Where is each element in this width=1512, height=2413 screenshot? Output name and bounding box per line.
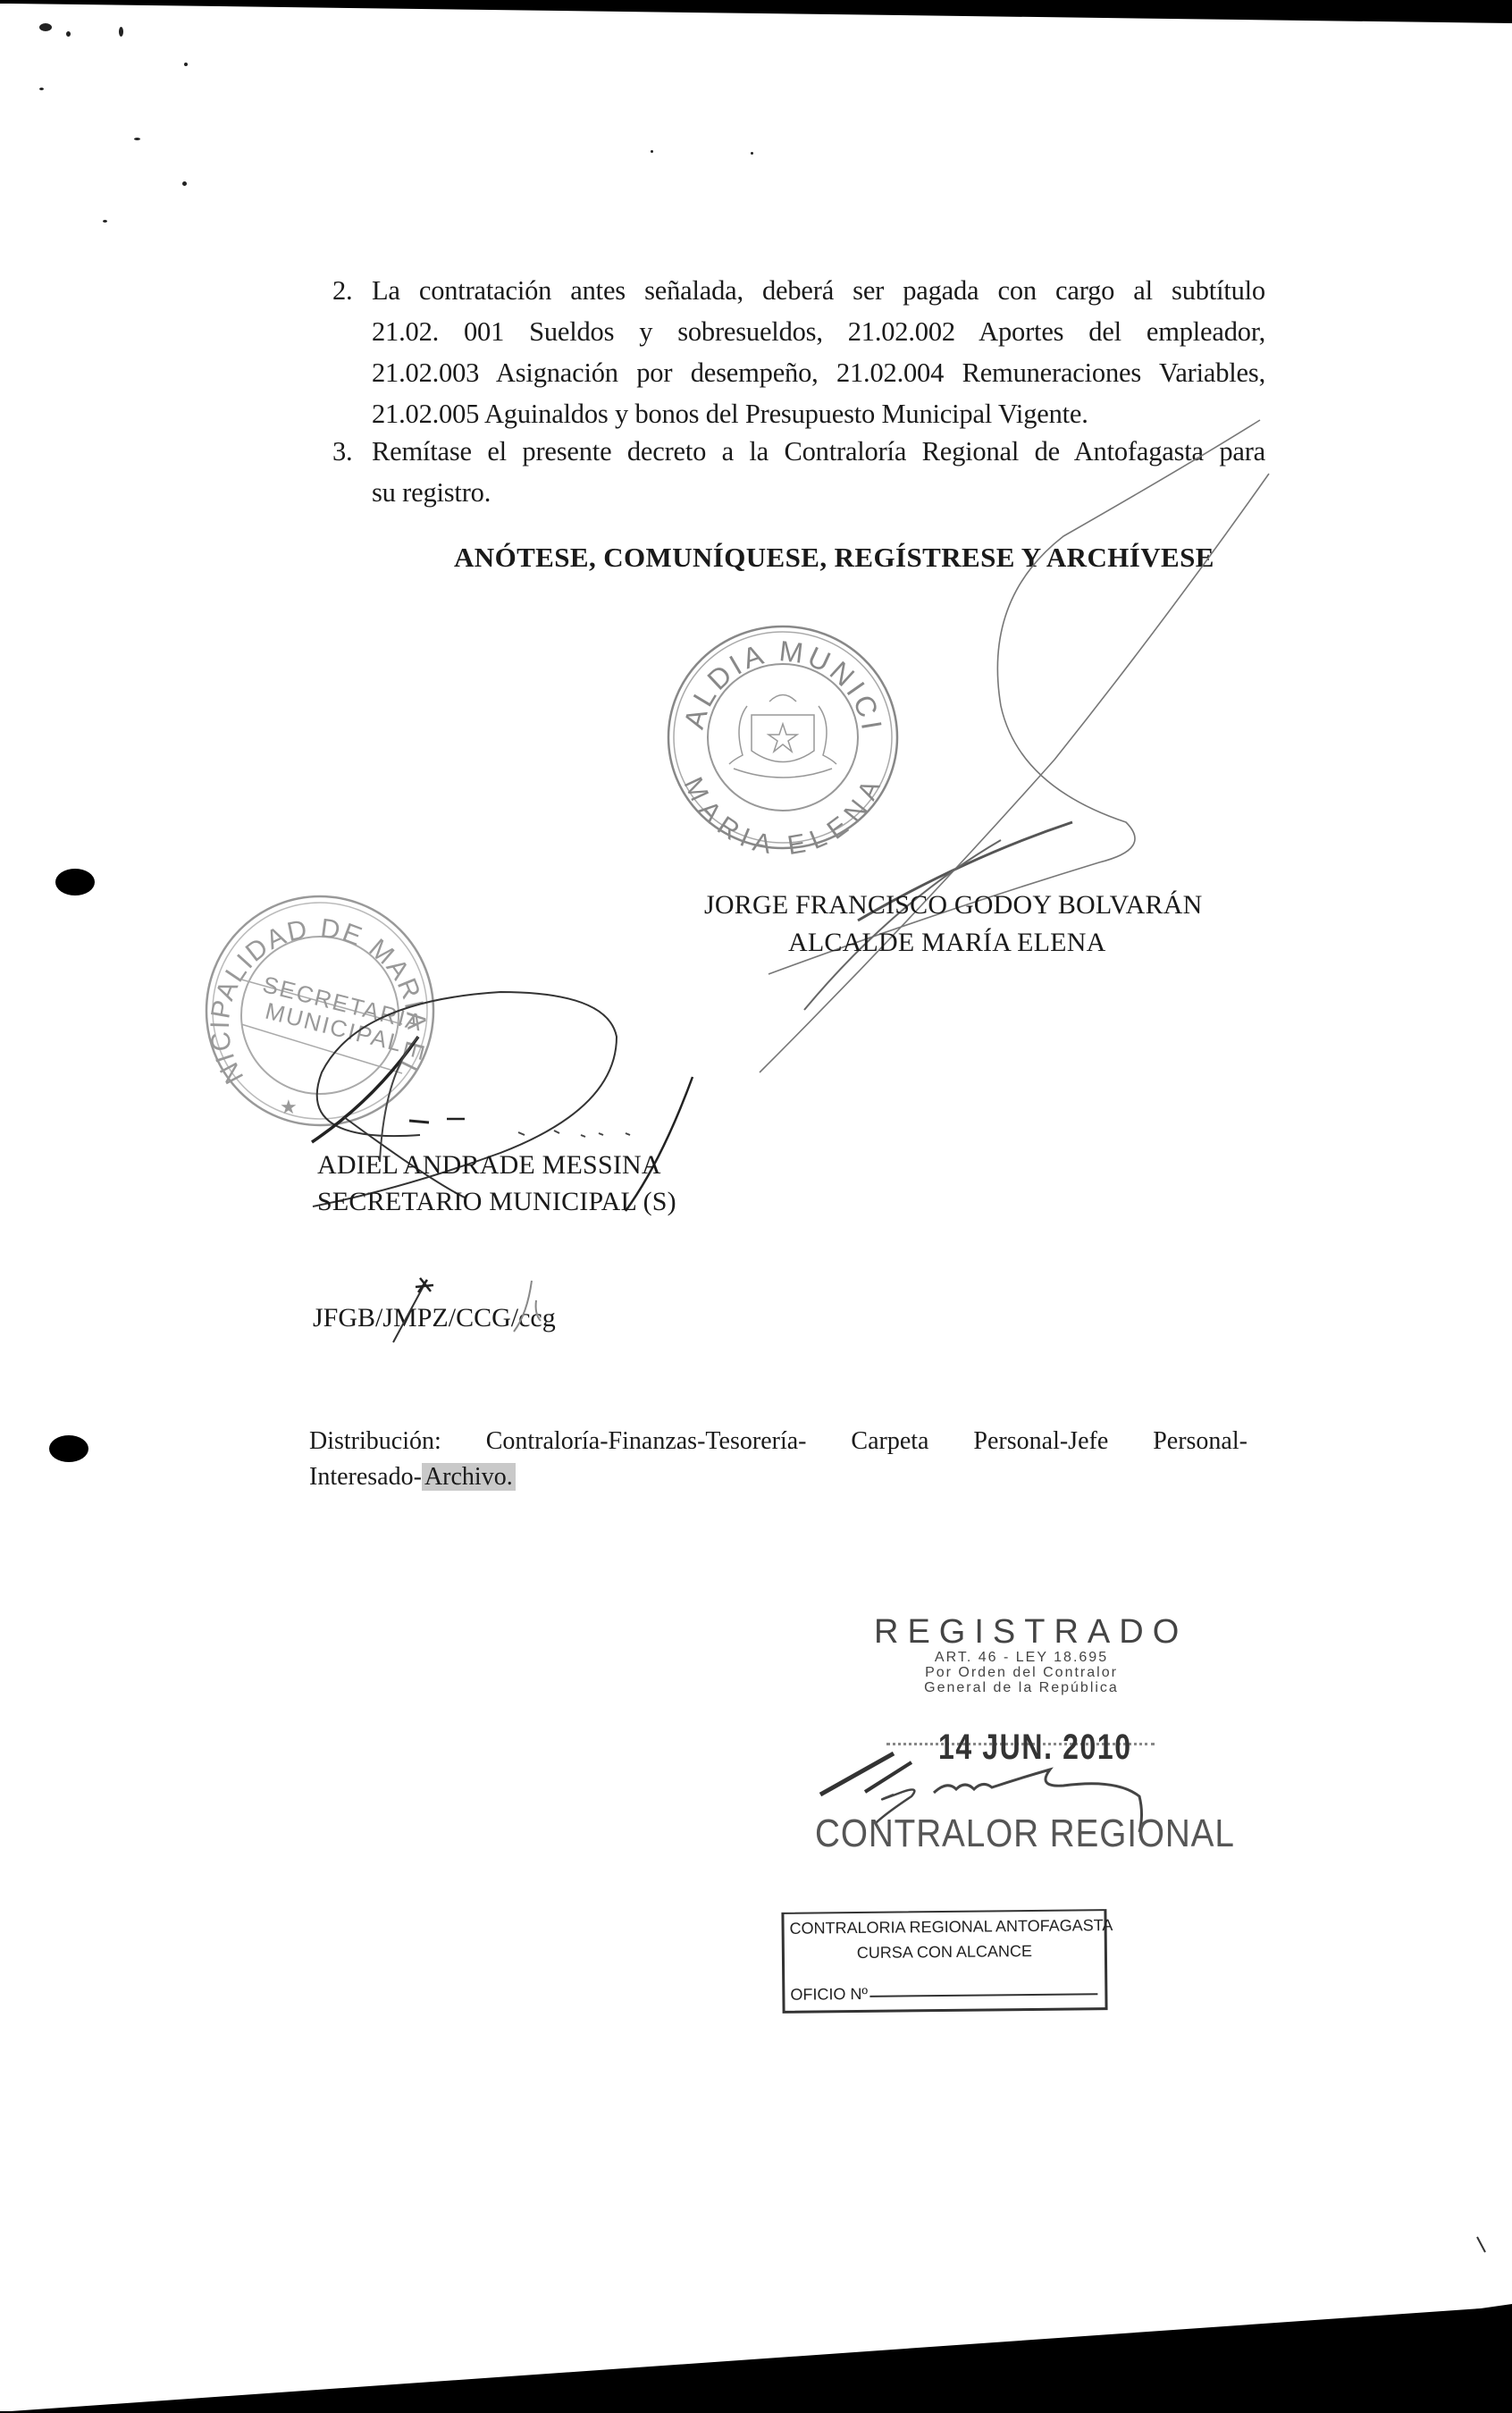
item-line: su registro. bbox=[372, 475, 1265, 509]
registration-line1: ART. 46 - LEY 18.695 bbox=[874, 1650, 1169, 1665]
distribution-part: Personal-Jefe bbox=[973, 1424, 1108, 1459]
mayor-seal-bottom-text: MARIA ELENA bbox=[678, 773, 888, 861]
mayor-name: JORGE FRANCISCO GODOY BOLVARÁN bbox=[704, 890, 1202, 921]
mayor-seal-graphic: ALCALDIA MUNICIPAL MARIA ELENA bbox=[658, 617, 908, 858]
scan-speck bbox=[119, 27, 123, 37]
reference-initials: JFGB/JMPZ/CCG/ccg bbox=[313, 1303, 556, 1333]
registration-line3: General de la República bbox=[874, 1680, 1169, 1695]
svg-text:ALCALDIA MUNICIPAL: ALCALDIA MUNICIPAL bbox=[645, 591, 888, 736]
svg-text:MARIA ELENA: MARIA ELENA bbox=[678, 773, 888, 861]
punch-hole bbox=[49, 1435, 88, 1462]
star-icon: ★ bbox=[280, 1096, 298, 1118]
scan-speck bbox=[103, 220, 107, 223]
mayor-title: ALCALDE MARÍA ELENA bbox=[788, 928, 1105, 958]
coat-of-arms-icon bbox=[729, 695, 836, 778]
secretary-name: ADIEL ANDRADE MESSINA bbox=[317, 1150, 661, 1181]
punch-hole bbox=[55, 869, 95, 895]
box-line1: CONTRALORIA REGIONAL ANTOFAGASTA bbox=[790, 1916, 1099, 1938]
closing-formula: ANÓTESE, COMUNÍQUESE, REGÍSTRESE Y ARCHÍ… bbox=[454, 542, 1214, 574]
scan-speck bbox=[39, 88, 44, 90]
distribution-line-1: Distribución: Contraloría-Finanzas-Tesor… bbox=[309, 1424, 1247, 1459]
item-number: 3. bbox=[332, 434, 352, 468]
distribution-part: Contraloría-Finanzas-Tesorería- bbox=[486, 1424, 807, 1459]
scan-speck bbox=[66, 31, 71, 37]
registration-title: REGISTRADO bbox=[874, 1614, 1169, 1650]
scan-speck bbox=[182, 181, 187, 186]
distribution-highlighted: Archivo. bbox=[422, 1463, 516, 1491]
item-line: La contratación antes señalada, deberá s… bbox=[372, 273, 1265, 307]
scan-speck bbox=[39, 23, 52, 31]
item-line: 21.02.003 Asignación por desempeño, 21.0… bbox=[372, 356, 1265, 390]
distribution-prefix: Interesado- bbox=[309, 1463, 422, 1491]
distribution: Distribución: Contraloría-Finanzas-Tesor… bbox=[309, 1424, 1247, 1495]
scanned-page: 2. La contratación antes señalada, deber… bbox=[0, 0, 1512, 2413]
distribution-line-2: Interesado-Archivo. bbox=[309, 1459, 1247, 1495]
box-line2: CURSA CON ALCANCE bbox=[785, 1941, 1105, 1963]
mayor-seal: ALCALDIA MUNICIPAL MARIA ELENA bbox=[658, 617, 908, 858]
scan-speck bbox=[651, 150, 653, 153]
distribution-part: Carpeta bbox=[851, 1424, 928, 1459]
box-line3: OFICIO Nº bbox=[790, 1985, 868, 2005]
item-number: 2. bbox=[332, 273, 352, 307]
contraloria-box-stamp: CONTRALORIA REGIONAL ANTOFAGASTA CURSA C… bbox=[781, 1909, 1107, 2014]
secretary-seal-graphic: MUNICIPALIDAD DE MARIA ELENA SECRETARIA … bbox=[204, 890, 445, 1140]
distribution-label: Distribución: bbox=[309, 1424, 441, 1459]
item-line: Remítase el presente decreto a la Contra… bbox=[372, 434, 1265, 468]
scan-speck bbox=[184, 63, 188, 66]
secretary-seal: MUNICIPALIDAD DE MARIA ELENA SECRETARIA … bbox=[204, 890, 445, 1140]
registration-line2: Por Orden del Contralor bbox=[874, 1665, 1169, 1680]
scan-speck bbox=[751, 152, 753, 155]
registration-date: 14 JUN. 2010 bbox=[938, 1728, 1132, 1768]
box-strike-line bbox=[869, 1993, 1097, 1997]
mayor-seal-top-text: ALCALDIA MUNICIPAL bbox=[645, 591, 888, 736]
secretary-title: SECRETARIO MUNICIPAL (S) bbox=[317, 1187, 676, 1217]
distribution-part: Personal- bbox=[1153, 1424, 1247, 1459]
contralor-regional-title: CONTRALOR REGIONAL bbox=[815, 1812, 1235, 1856]
item-line: 21.02. 001 Sueldos y sobresueldos, 21.02… bbox=[372, 315, 1265, 349]
registration-stamp: REGISTRADO ART. 46 - LEY 18.695 Por Orde… bbox=[874, 1614, 1169, 1695]
scan-speck bbox=[134, 138, 140, 140]
item-line: 21.02.005 Aguinaldos y bonos del Presupu… bbox=[372, 397, 1265, 431]
